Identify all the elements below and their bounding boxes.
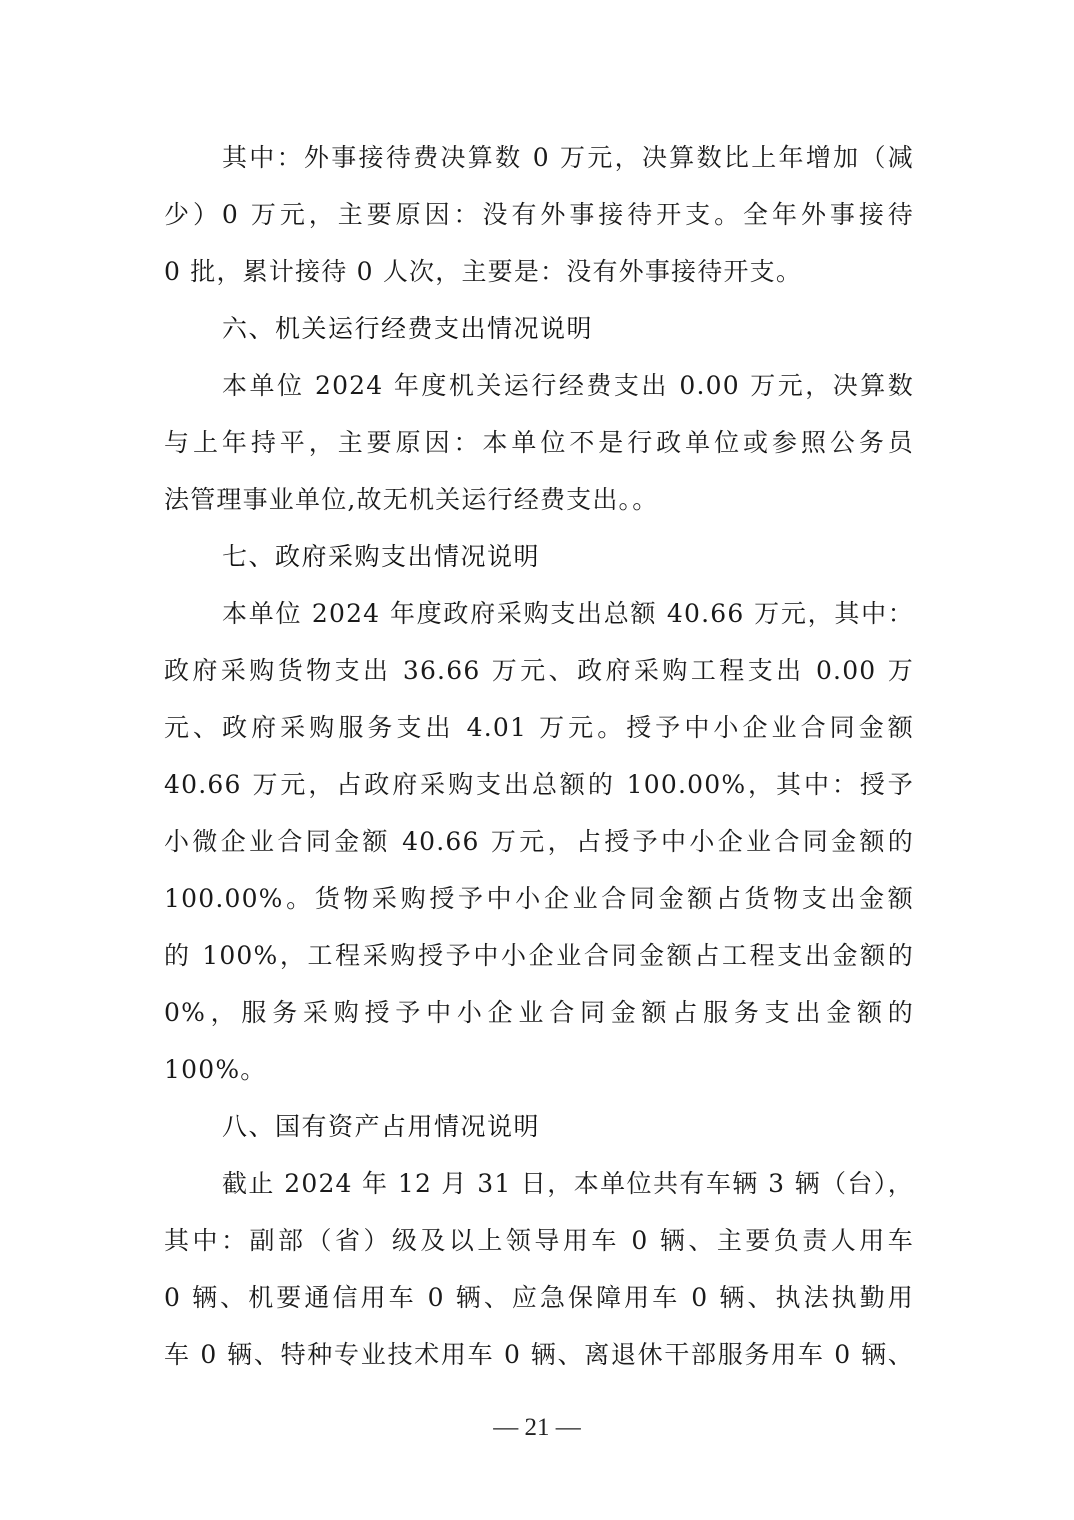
- paragraph-line: 与上年持平，主要原因：本单位不是行政单位或参照公务员: [164, 425, 914, 461]
- page-number: — 21 —: [0, 1410, 1074, 1446]
- paragraph-line: 0%，服务采购授予中小企业合同金额占服务支出金额的: [164, 995, 914, 1031]
- paragraph-line: 100%。: [164, 1052, 914, 1088]
- paragraph-line: 本单位 2024 年度政府采购支出总额 40.66 万元，其中：: [222, 596, 914, 632]
- paragraph-line: 其中：副部（省）级及以上领导用车 0 辆、主要负责人用车: [164, 1223, 914, 1259]
- paragraph-line: 0 辆、机要通信用车 0 辆、应急保障用车 0 辆、执法执勤用: [164, 1280, 914, 1316]
- paragraph-line: 其中：外事接待费决算数 0 万元，决算数比上年增加（减: [222, 140, 914, 176]
- paragraph-line: 少）0 万元，主要原因：没有外事接待开支。全年外事接待: [164, 197, 914, 233]
- paragraph-line: 元、政府采购服务支出 4.01 万元。授予中小企业合同金额: [164, 710, 914, 746]
- paragraph-line: 政府采购货物支出 36.66 万元、政府采购工程支出 0.00 万: [164, 653, 914, 689]
- paragraph-line: 小微企业合同金额 40.66 万元，占授予中小企业合同金额的: [164, 824, 914, 860]
- paragraph-line: 的 100%，工程采购授予中小企业合同金额占工程支出金额的: [164, 938, 914, 974]
- section-heading-7: 七、政府采购支出情况说明: [222, 539, 540, 575]
- paragraph-line: 截止 2024 年 12 月 31 日，本单位共有车辆 3 辆（台），: [222, 1166, 914, 1202]
- paragraph-line: 40.66 万元，占政府采购支出总额的 100.00%，其中：授予: [164, 767, 914, 803]
- paragraph-line: 本单位 2024 年度机关运行经费支出 0.00 万元，决算数: [222, 368, 914, 404]
- document-page: 其中：外事接待费决算数 0 万元，决算数比上年增加（减 少）0 万元，主要原因：…: [0, 0, 1074, 1520]
- section-heading-6: 六、机关运行经费支出情况说明: [222, 311, 593, 347]
- paragraph-line: 100.00%。货物采购授予中小企业合同金额占货物支出金额: [164, 881, 914, 917]
- paragraph-line: 法管理事业单位,故无机关运行经费支出。。: [164, 482, 914, 518]
- paragraph-line: 0 批，累计接待 0 人次，主要是：没有外事接待开支。: [164, 254, 914, 290]
- section-heading-8: 八、国有资产占用情况说明: [222, 1109, 540, 1145]
- paragraph-line: 车 0 辆、特种专业技术用车 0 辆、离退休干部服务用车 0 辆、: [164, 1337, 914, 1373]
